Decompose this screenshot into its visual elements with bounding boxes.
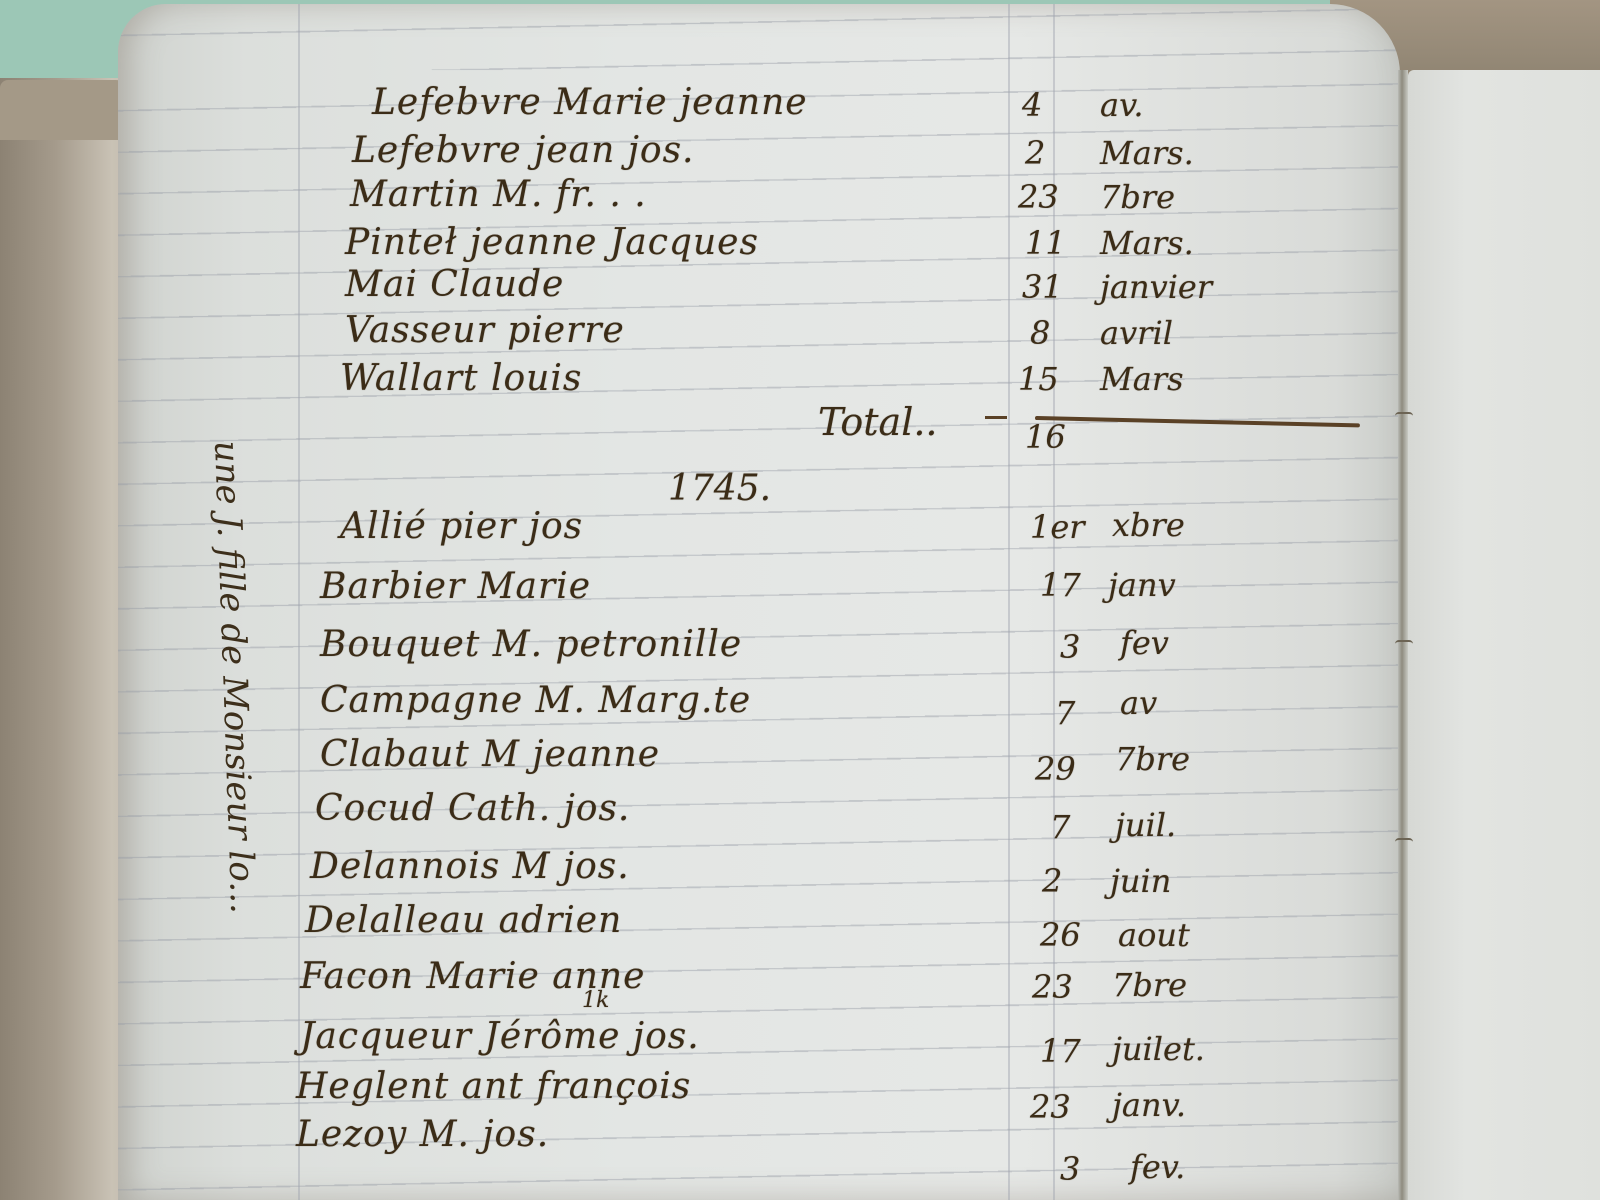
- entry-day: 11: [1025, 224, 1066, 262]
- book-gutter: [1398, 70, 1408, 1200]
- entry-month: janv.: [1112, 1086, 1186, 1124]
- entry-name: Campagne M. Marg.te: [320, 680, 751, 721]
- entry-day: 23: [1018, 178, 1059, 216]
- entry-day: 3: [1060, 1150, 1080, 1188]
- entry-day: 7: [1055, 694, 1075, 732]
- binding-stitch: [1395, 640, 1413, 650]
- entry-month: 7bre: [1115, 740, 1190, 778]
- entry-day: 15: [1018, 360, 1059, 398]
- entry-day: 23: [1030, 1088, 1071, 1126]
- entry-day: 8: [1030, 314, 1050, 352]
- entry-name: Pinteł jeanne Jacques: [345, 222, 759, 263]
- entry-day: 17: [1040, 1032, 1081, 1070]
- entry-name: Mai Claude: [345, 264, 564, 305]
- entry-name: Allié pier jos: [340, 506, 583, 547]
- entry-month: Mars: [1100, 360, 1184, 398]
- entry-day: 4: [1022, 86, 1042, 124]
- entry-name: Heglent ant françois: [296, 1066, 691, 1107]
- total-value: 16: [1025, 418, 1066, 456]
- entry-name: Wallart louis: [340, 358, 582, 399]
- entry-name: Jacqueur Jérôme jos.: [300, 1016, 700, 1057]
- entry-day: 26: [1040, 916, 1081, 954]
- book-cover-edge: [0, 80, 130, 140]
- entry-day: 2: [1025, 134, 1045, 172]
- entry-name: Bouquet M. petronille: [320, 624, 742, 665]
- entry-name: Delannois M jos.: [310, 846, 630, 887]
- entry-day: 3: [1060, 628, 1080, 666]
- entry-month: xbre: [1112, 506, 1185, 544]
- entry-day: 2: [1042, 862, 1062, 900]
- entry-month: 7bre: [1100, 178, 1175, 216]
- entry-month: aout: [1118, 916, 1190, 954]
- entry-name: Clabaut M jeanne: [320, 734, 660, 775]
- entry-month: av.: [1100, 86, 1144, 124]
- entry-name: Cocud Cath. jos.: [315, 788, 630, 829]
- facing-page: [1408, 70, 1600, 1200]
- entry-day: 17: [1040, 566, 1081, 604]
- entry-month: juil.: [1115, 806, 1176, 844]
- binding-stitch: [1395, 412, 1413, 422]
- total-dash: [985, 416, 1007, 419]
- entry-day: 1er: [1030, 508, 1085, 546]
- entry-month: avril: [1100, 314, 1173, 352]
- entry-name: Lefebvre Marie jeanne: [372, 82, 808, 123]
- entry-day: 7: [1050, 808, 1070, 846]
- entry-name: Martin M. fr. . .: [350, 174, 647, 215]
- entry-month: juilet.: [1112, 1030, 1205, 1068]
- entry-month: juin: [1110, 862, 1171, 900]
- entry-month: Mars.: [1100, 134, 1194, 172]
- entry-month: janv: [1108, 566, 1176, 604]
- entry-month: av: [1120, 684, 1157, 722]
- binding-stitch: [1395, 838, 1413, 848]
- entry-month: fev: [1120, 624, 1169, 662]
- day-column-line: [1008, 4, 1010, 1200]
- entry-month: Mars.: [1100, 224, 1194, 262]
- entry-name: Delalleau adrien: [305, 900, 622, 941]
- superscript-note: 1k: [582, 988, 609, 1013]
- year-heading: 1745.: [668, 468, 771, 509]
- entry-name: Vasseur pierre: [345, 310, 625, 351]
- entry-name: Lezoy M. jos.: [296, 1114, 549, 1155]
- entry-month: 7bre: [1112, 966, 1187, 1004]
- entry-name: Lefebvre jean jos.: [352, 130, 695, 171]
- entry-day: 23: [1032, 968, 1073, 1006]
- entry-day: 31: [1022, 268, 1063, 306]
- entry-month: fev.: [1130, 1148, 1185, 1186]
- entry-month: janvier: [1100, 268, 1212, 306]
- entry-day: 29: [1035, 750, 1076, 788]
- total-label: Total..: [818, 400, 938, 444]
- entry-name: Barbier Marie: [320, 566, 591, 607]
